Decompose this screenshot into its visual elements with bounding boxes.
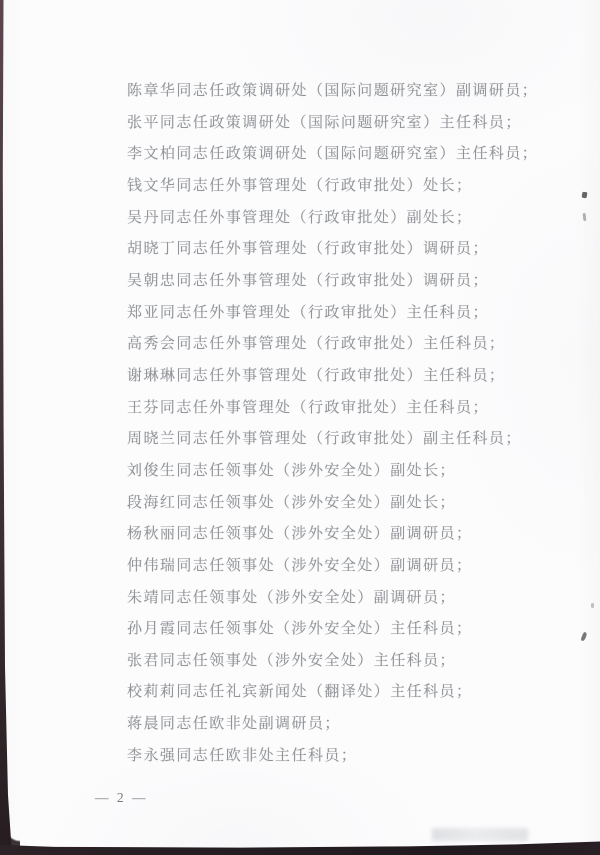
appointment-line: 仲伟瑞同志任领事处（涉外安全处）副调研员； [127,551,582,583]
appointment-line: 陈章华同志任政策调研处（国际问题研究室）副调研员； [127,76,582,108]
appointment-line: 郑亚同志任外事管理处（行政审批处）主任科员； [127,298,582,330]
appointment-line: 周晓兰同志任外事管理处（行政审批处）副主任科员； [127,424,582,456]
scan-bottom-edge [0,841,600,855]
appointment-line: 杨秋丽同志任领事处（涉外安全处）副调研员； [127,519,582,551]
appointment-line: 段海红同志任领事处（涉外安全处）副处长； [127,488,582,520]
appointment-line: 蒋晨同志任欧非处副调研员； [127,709,582,741]
appointment-line: 王芬同志任外事管理处（行政审批处）主任科员； [127,393,582,425]
appointment-line: 张君同志任领事处（涉外安全处）主任科员； [127,646,582,678]
appointment-line: 朱靖同志任领事处（涉外安全处）副调研员； [127,583,582,615]
appointment-list: 陈章华同志任政策调研处（国际问题研究室）副调研员； 张平同志任政策调研处（国际问… [0,0,600,772]
scanned-document-page: 陈章华同志任政策调研处（国际问题研究室）副调研员； 张平同志任政策调研处（国际问… [0,0,600,855]
scan-smudge-artifact [591,603,594,608]
appointment-line: 校莉莉同志任礼宾新闻处（翻译处）主任科员； [127,677,582,709]
watermark-artifact [432,828,528,841]
appointment-line: 吴丹同志任外事管理处（行政审批处）副处长； [127,203,582,235]
appointment-line: 李文柏同志任政策调研处（国际问题研究室）主任科员； [127,139,582,171]
appointment-line: 李永强同志任欧非处主任科员； [127,741,582,773]
appointment-line: 刘俊生同志任领事处（涉外安全处）副处长； [127,456,582,488]
appointment-line: 胡晓丁同志任外事管理处（行政审批处）调研员； [127,234,582,266]
scan-smudge-artifact [582,192,588,199]
appointment-line: 吴朝忠同志任外事管理处（行政审批处）调研员； [127,266,582,298]
appointment-line: 谢琳琳同志任外事管理处（行政审批处）主任科员； [127,361,582,393]
appointment-line: 张平同志任政策调研处（国际问题研究室）主任科员； [127,108,582,140]
appointment-line: 钱文华同志任外事管理处（行政审批处）处长； [127,171,582,203]
page-number: — 2 — [95,790,148,806]
appointment-line: 孙月霞同志任领事处（涉外安全处）主任科员； [127,614,582,646]
appointment-line: 高秀会同志任外事管理处（行政审批处）主任科员； [127,329,582,361]
